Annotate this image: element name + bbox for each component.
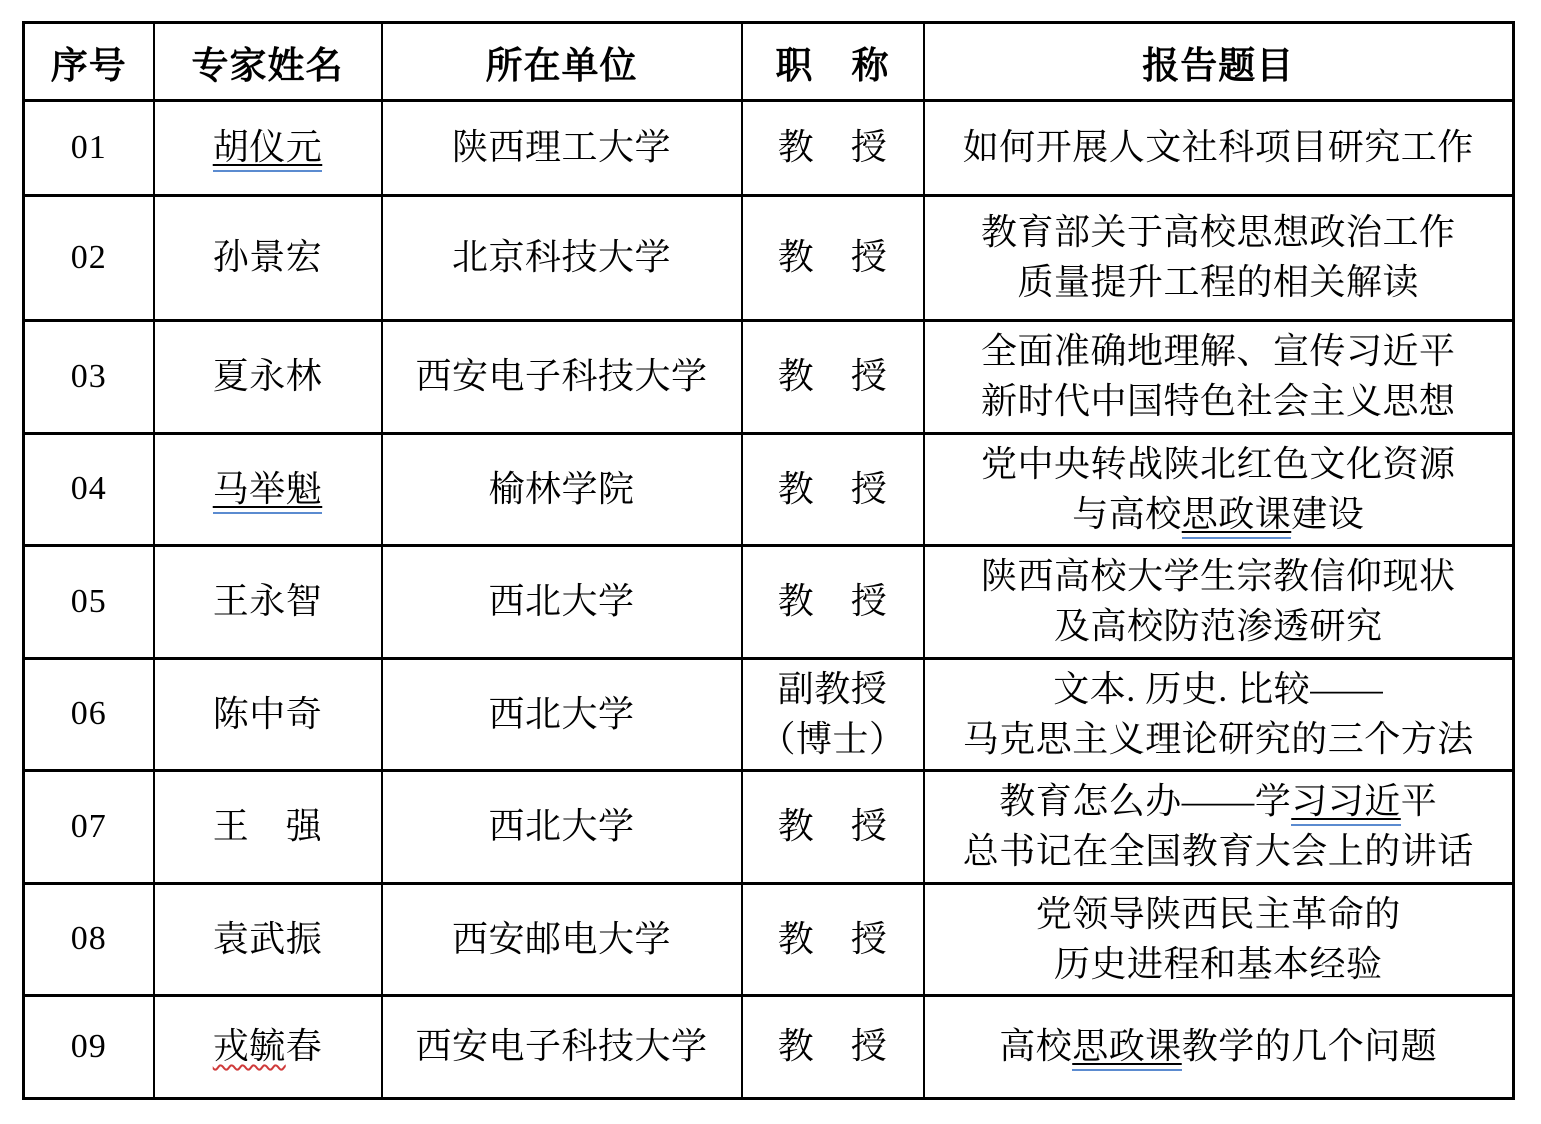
cell-serial-number: 08: [24, 884, 154, 996]
report-title-line: 党中央转战陕北红色文化资源: [931, 440, 1507, 490]
cell-expert-name: 王 强: [154, 771, 382, 884]
job-title-line: 教 授: [749, 1022, 917, 1072]
report-title-line: 文本. 历史. 比较——: [931, 665, 1507, 715]
job-title-line: 教 授: [749, 123, 917, 173]
blue-underlined-text: 胡仪元: [213, 127, 323, 172]
report-title-line: 教育部关于高校思想政治工作: [931, 208, 1507, 258]
report-title-line: 陕西高校大学生宗教信仰现状: [931, 552, 1507, 602]
cell-serial-number: 02: [24, 196, 154, 321]
text-segment: 王 强: [213, 806, 323, 846]
table-row: 04马举魁榆林学院教 授党中央转战陕北红色文化资源与高校思政课建设: [24, 434, 1514, 546]
text-segment: 与高校: [1072, 494, 1182, 534]
text-segment: 教 授: [778, 1026, 888, 1066]
cell-report-title: 教育怎么办——学习习近平总书记在全国教育大会上的讲话: [924, 771, 1514, 884]
cell-serial-number: 09: [24, 996, 154, 1099]
table-row: 05王永智西北大学教 授陕西高校大学生宗教信仰现状及高校防范渗透研究: [24, 546, 1514, 659]
text-segment: 教 授: [778, 806, 888, 846]
report-title-line: 全面准确地理解、宣传习近平: [931, 327, 1507, 377]
table-row: 02孙景宏北京科技大学教 授教育部关于高校思想政治工作质量提升工程的相关解读: [24, 196, 1514, 321]
header-report: 报告题目: [924, 23, 1514, 101]
cell-organization: 西北大学: [382, 546, 742, 659]
cell-report-title: 文本. 历史. 比较——马克思主义理论研究的三个方法: [924, 659, 1514, 771]
cell-job-title: 教 授: [742, 996, 924, 1099]
report-title-line: 及高校防范渗透研究: [931, 602, 1507, 652]
text-segment: 教 授: [778, 237, 888, 277]
table-row: 08袁武振西安邮电大学教 授党领导陕西民主革命的历史进程和基本经验: [24, 884, 1514, 996]
text-segment: 教育怎么办——学: [999, 781, 1291, 821]
text-segment: 王永智: [213, 581, 323, 621]
text-segment: 如何开展人文社科项目研究工作: [963, 127, 1474, 167]
job-title-line: 教 授: [749, 577, 917, 627]
report-title-line: 马克思主义理论研究的三个方法: [931, 715, 1507, 765]
text-segment: 马克思主义理论研究的三个方法: [963, 719, 1474, 759]
report-title-line: 与高校思政课建设: [931, 490, 1507, 540]
report-title-line: 如何开展人文社科项目研究工作: [931, 123, 1507, 173]
report-title-line: 总书记在全国教育大会上的讲话: [931, 827, 1507, 877]
header-title: 职 称: [742, 23, 924, 101]
cell-serial-number: 04: [24, 434, 154, 546]
text-segment: 教育部关于高校思想政治工作: [981, 212, 1456, 252]
cell-serial-number: 07: [24, 771, 154, 884]
header-org: 所在单位: [382, 23, 742, 101]
text-segment: 文本. 历史. 比较——: [1053, 669, 1383, 709]
cell-organization: 榆林学院: [382, 434, 742, 546]
text-segment: 夏永林: [213, 356, 323, 396]
cell-serial-number: 06: [24, 659, 154, 771]
cell-expert-name: 马举魁: [154, 434, 382, 546]
cell-report-title: 高校思政课教学的几个问题: [924, 996, 1514, 1099]
table-row: 01胡仪元陕西理工大学教 授如何开展人文社科项目研究工作: [24, 101, 1514, 196]
cell-expert-name: 胡仪元: [154, 101, 382, 196]
blue-underlined-text: 习习近: [1291, 781, 1401, 826]
cell-expert-name: 夏永林: [154, 321, 382, 434]
cell-organization: 西安电子科技大学: [382, 996, 742, 1099]
table-body: 01胡仪元陕西理工大学教 授如何开展人文社科项目研究工作02孙景宏北京科技大学教…: [24, 101, 1514, 1099]
header-no: 序号: [24, 23, 154, 101]
cell-organization: 西安电子科技大学: [382, 321, 742, 434]
report-title-line: 新时代中国特色社会主义思想: [931, 377, 1507, 427]
text-segment: 建设: [1291, 494, 1364, 534]
cell-job-title: 教 授: [742, 884, 924, 996]
text-segment: 新时代中国特色社会主义思想: [981, 381, 1456, 421]
text-segment: 副教授: [778, 669, 888, 709]
text-segment: 总书记在全国教育大会上的讲话: [963, 831, 1474, 871]
report-title-line: 历史进程和基本经验: [931, 940, 1507, 990]
report-title-line: 党领导陕西民主革命的: [931, 890, 1507, 940]
table-row: 03夏永林西安电子科技大学教 授全面准确地理解、宣传习近平新时代中国特色社会主义…: [24, 321, 1514, 434]
text-segment: 高校: [999, 1026, 1072, 1066]
job-title-line: 教 授: [749, 915, 917, 965]
text-segment: 及高校防范渗透研究: [1054, 606, 1383, 646]
cell-expert-name: 袁武振: [154, 884, 382, 996]
table-row: 07王 强西北大学教 授教育怎么办——学习习近平总书记在全国教育大会上的讲话: [24, 771, 1514, 884]
cell-expert-name: 戎毓春: [154, 996, 382, 1099]
text-segment: 教 授: [778, 919, 888, 959]
blue-underlined-text: 马举魁: [213, 469, 323, 514]
cell-serial-number: 03: [24, 321, 154, 434]
report-title-line: 高校思政课教学的几个问题: [931, 1022, 1507, 1072]
text-segment: 陕西高校大学生宗教信仰现状: [981, 556, 1456, 596]
red-wavy-underlined-text: 戎毓: [213, 1026, 286, 1066]
job-title-line: 教 授: [749, 465, 917, 515]
cell-organization: 陕西理工大学: [382, 101, 742, 196]
report-title-line: 教育怎么办——学习习近平: [931, 777, 1507, 827]
table-row: 09戎毓春西安电子科技大学教 授高校思政课教学的几个问题: [24, 996, 1514, 1099]
cell-expert-name: 陈中奇: [154, 659, 382, 771]
text-segment: 质量提升工程的相关解读: [1017, 262, 1419, 302]
job-title-line: 教 授: [749, 802, 917, 852]
cell-serial-number: 01: [24, 101, 154, 196]
cell-report-title: 教育部关于高校思想政治工作质量提升工程的相关解读: [924, 196, 1514, 321]
text-segment: 党中央转战陕北红色文化资源: [981, 444, 1456, 484]
job-title-line: （博士）: [749, 715, 917, 765]
text-segment: 平: [1401, 781, 1438, 821]
cell-expert-name: 王永智: [154, 546, 382, 659]
header-name: 专家姓名: [154, 23, 382, 101]
blue-underlined-text: 思政课: [1072, 1026, 1182, 1071]
text-segment: 教 授: [778, 581, 888, 621]
job-title-line: 副教授: [749, 665, 917, 715]
text-segment: 历史进程和基本经验: [1054, 944, 1383, 984]
text-segment: 党领导陕西民主革命的: [1036, 894, 1401, 934]
cell-job-title: 教 授: [742, 196, 924, 321]
cell-report-title: 党中央转战陕北红色文化资源与高校思政课建设: [924, 434, 1514, 546]
cell-job-title: 教 授: [742, 434, 924, 546]
text-segment: （博士）: [759, 719, 905, 759]
text-segment: 教 授: [778, 356, 888, 396]
header-row: 序号 专家姓名 所在单位 职 称 报告题目: [24, 23, 1514, 101]
expert-report-table: 序号 专家姓名 所在单位 职 称 报告题目 01胡仪元陕西理工大学教 授如何开展…: [22, 21, 1515, 1100]
text-segment: 教 授: [778, 127, 888, 167]
cell-job-title: 教 授: [742, 771, 924, 884]
report-title-line: 质量提升工程的相关解读: [931, 258, 1507, 308]
cell-expert-name: 孙景宏: [154, 196, 382, 321]
text-segment: 全面准确地理解、宣传习近平: [981, 331, 1456, 371]
text-segment: 春: [286, 1026, 323, 1066]
text-segment: 袁武振: [213, 919, 323, 959]
job-title-line: 教 授: [749, 352, 917, 402]
cell-organization: 北京科技大学: [382, 196, 742, 321]
cell-report-title: 如何开展人文社科项目研究工作: [924, 101, 1514, 196]
cell-job-title: 教 授: [742, 321, 924, 434]
cell-serial-number: 05: [24, 546, 154, 659]
cell-job-title: 教 授: [742, 546, 924, 659]
blue-underlined-text: 思政课: [1182, 494, 1292, 539]
text-segment: 孙景宏: [213, 237, 323, 277]
table-row: 06陈中奇西北大学副教授（博士）文本. 历史. 比较——马克思主义理论研究的三个…: [24, 659, 1514, 771]
job-title-line: 教 授: [749, 233, 917, 283]
cell-job-title: 副教授（博士）: [742, 659, 924, 771]
cell-organization: 西安邮电大学: [382, 884, 742, 996]
cell-job-title: 教 授: [742, 101, 924, 196]
cell-organization: 西北大学: [382, 771, 742, 884]
text-segment: 陈中奇: [213, 694, 323, 734]
cell-organization: 西北大学: [382, 659, 742, 771]
cell-report-title: 全面准确地理解、宣传习近平新时代中国特色社会主义思想: [924, 321, 1514, 434]
text-segment: 教学的几个问题: [1182, 1026, 1438, 1066]
document-page: 序号 专家姓名 所在单位 职 称 报告题目 01胡仪元陕西理工大学教 授如何开展…: [0, 0, 1541, 1124]
cell-report-title: 陕西高校大学生宗教信仰现状及高校防范渗透研究: [924, 546, 1514, 659]
cell-report-title: 党领导陕西民主革命的历史进程和基本经验: [924, 884, 1514, 996]
text-segment: 教 授: [778, 469, 888, 509]
